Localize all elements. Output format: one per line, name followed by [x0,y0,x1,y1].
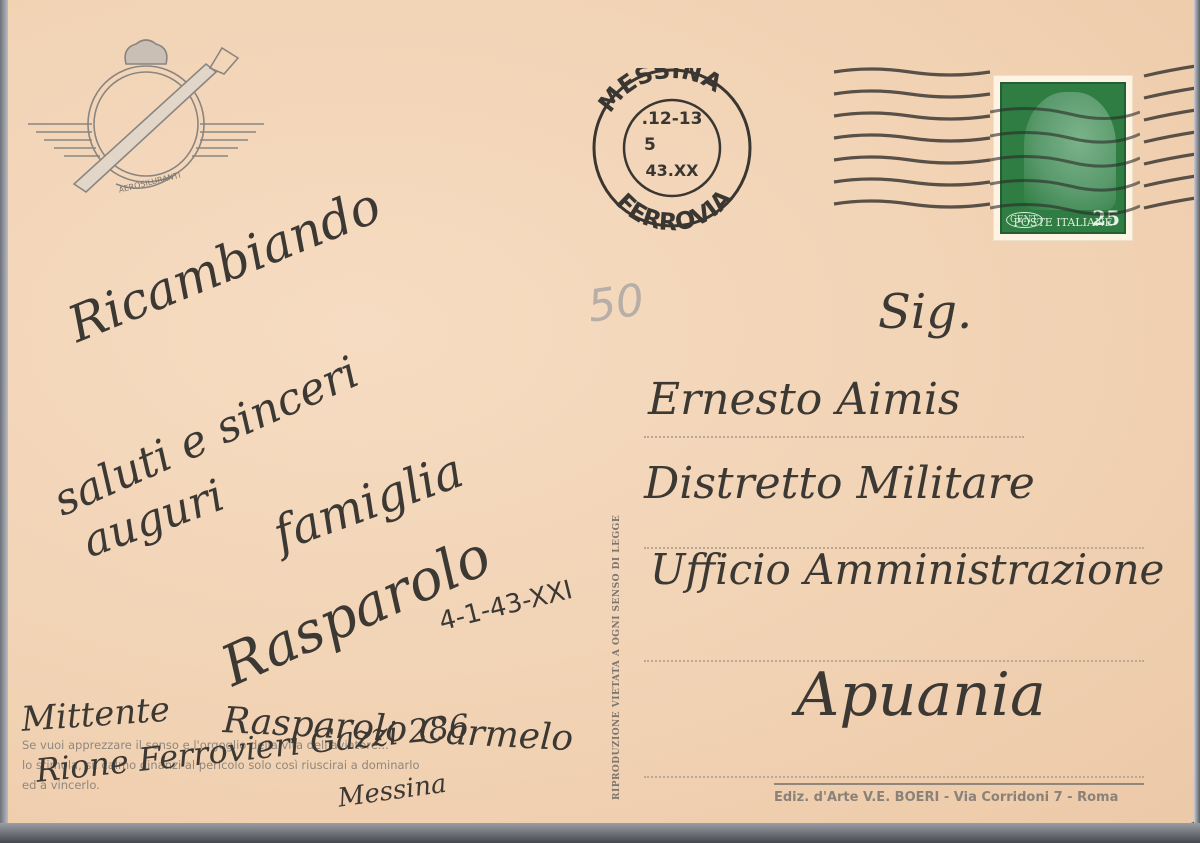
recipient-name: Ernesto Aimis [648,374,961,425]
aerosiluranti-emblem-icon: AEROSILURANTI [26,34,266,198]
recipient-line2: Ufficio Amministrazione [650,545,1164,594]
reproduction-notice: RIPRODUZIONE VIETATA A OGNI SENSO DI LEG… [612,515,622,800]
stamp-cancel-overlay [990,100,1140,230]
address-line [644,436,1024,438]
sender-city: Messina [336,769,448,814]
svg-text:.12-13: .12-13 [642,109,703,129]
publisher-rule [774,783,1144,785]
message-line: Ricambiando [60,176,389,354]
recipient-title: Sig. [878,284,972,340]
svg-text:FERROVIA: FERROVIA [610,184,737,233]
recipient-city: Apuania [796,660,1046,730]
postmark: MESSINA FERROVIA .12-13 5 43.XX [574,68,774,237]
recipient-line1: Distretto Militare [644,458,1035,509]
publisher-imprint: Ediz. d'Arte V.E. BOERI - Via Corridoni … [774,790,1118,805]
scan-edge-left [0,0,8,843]
scan-edge-right [1194,0,1200,843]
pencil-note: 50 [585,274,648,332]
svg-text:5: 5 [644,135,656,155]
sender-label: Mittente [20,690,171,740]
svg-text:43.XX: 43.XX [645,161,699,180]
emblem-label: AEROSILURANTI [118,171,182,194]
postcard-back: AEROSILURANTI MESSINA FERROVIA .12-13 5 … [0,0,1196,823]
scan-edge-bottom [0,823,1200,843]
address-line [644,776,1144,778]
